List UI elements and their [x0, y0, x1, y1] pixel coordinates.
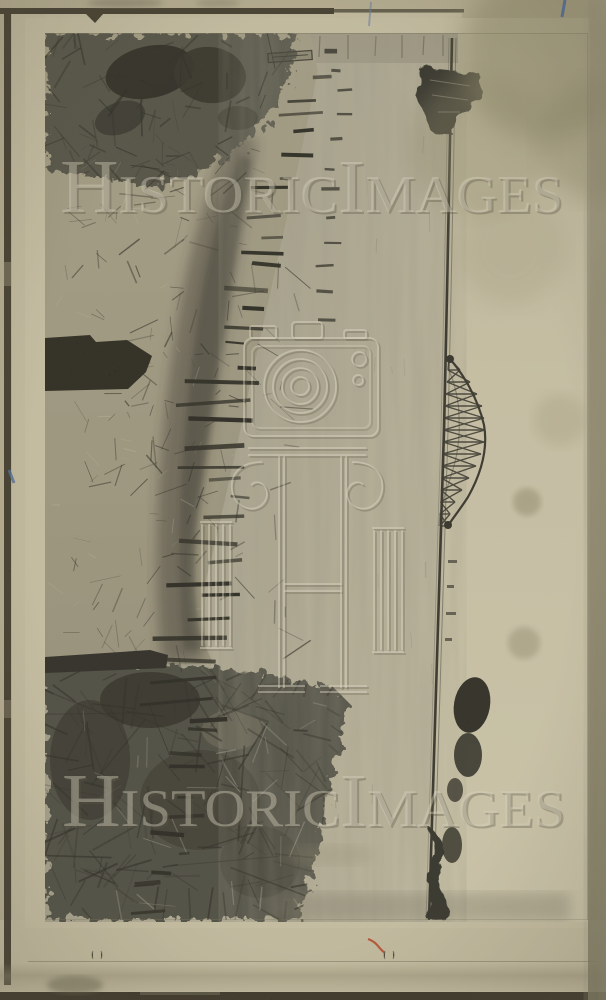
film-grain — [0, 0, 606, 1000]
photo-scan-svg: HistoricImages HistoricImages HistoricIm… — [0, 0, 606, 1000]
scanned-photo: HistoricImages HistoricImages HistoricIm… — [0, 0, 606, 1000]
